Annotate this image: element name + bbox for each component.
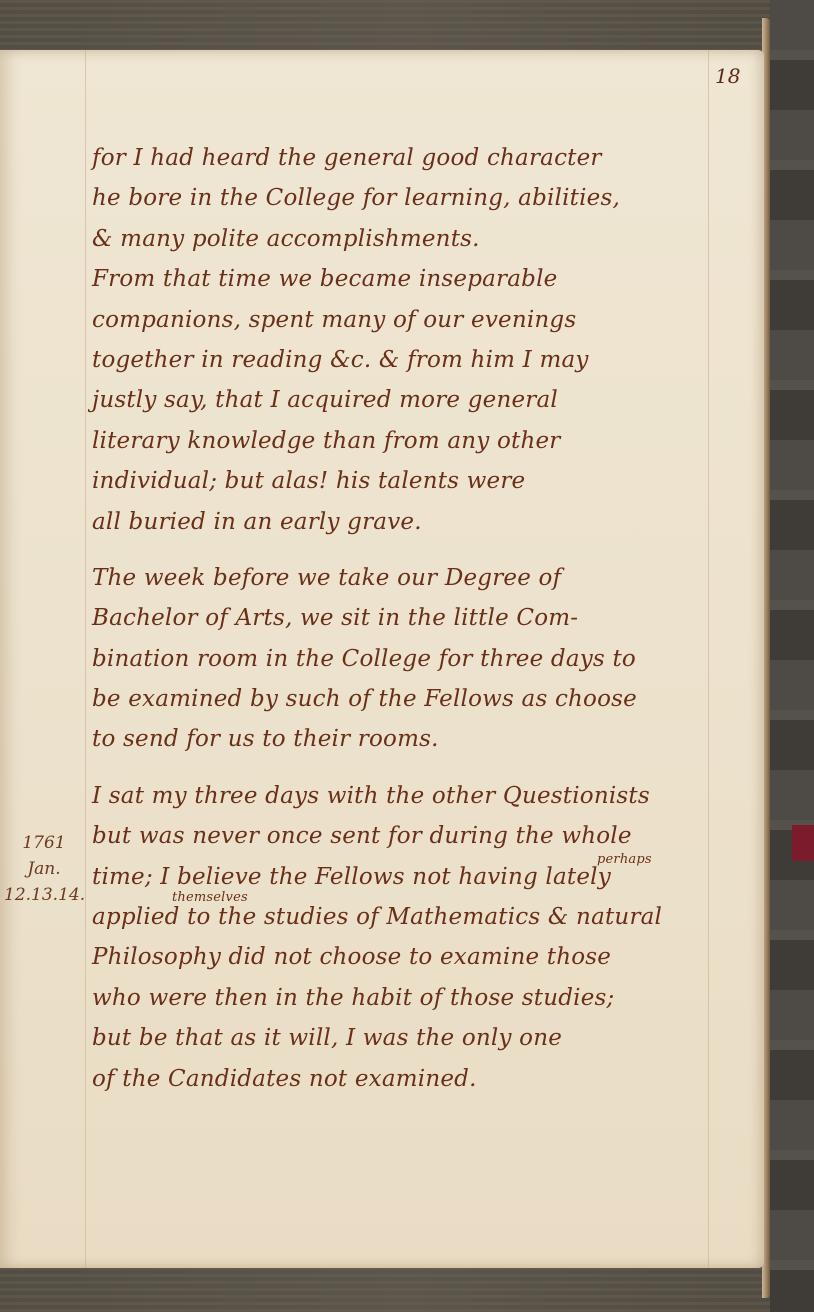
text-line: applied to the studies of Mathematics & … [92,897,712,937]
text-line: individual; but alas! his talents were [92,461,712,501]
bookmark-ribbon [792,825,814,861]
interlinear-insertion-themselves: themselves [172,891,248,904]
text-line: all buried in an early grave. [92,502,712,542]
text-line-content: time; I believe the Fellows not having l… [92,864,611,890]
manuscript-page: 18 1761 Jan. 12.13.14. for I had heard t… [0,50,764,1268]
text-line: literary knowledge than from any other [92,421,712,461]
text-line: together in reading &c. & from him I may [92,340,712,380]
text-line: of the Candidates not examined. [92,1059,712,1099]
text-line: for I had heard the general good charact… [92,138,712,178]
text-line: justly say, that I acquired more general [92,380,712,420]
text-line: but be that as it will, I was the only o… [92,1018,712,1058]
text-line: companions, spent many of our evenings [92,300,712,340]
text-line: to send for us to their rooms. [92,719,712,759]
marginalia-days: 12.13.14. [4,882,84,908]
text-line: who were then in the habit of those stud… [92,978,712,1018]
text-line: From that time we became inseparable [92,259,712,299]
left-margin-rule [85,50,86,1268]
text-line: The week before we take our Degree of [92,558,712,598]
date-marginalia: 1761 Jan. 12.13.14. [4,830,84,908]
text-line: bination room in the College for three d… [92,639,712,679]
background-texture [770,0,814,1312]
marginalia-year: 1761 [4,830,84,856]
page-number: 18 [715,64,740,88]
text-line: & many polite accomplishments. [92,219,712,259]
text-line: Philosophy did not choose to examine tho… [92,937,712,977]
interlinear-insertion-perhaps: perhaps [597,853,652,866]
text-line-content: applied to the studies of Mathematics & … [92,904,662,930]
text-line: he bore in the College for learning, abi… [92,178,712,218]
text-line: I sat my three days with the other Quest… [92,776,712,816]
text-line: but was never once sent for during the w… [92,816,712,856]
text-line: Bachelor of Arts, we sit in the little C… [92,598,712,638]
handwritten-text: for I had heard the general good charact… [92,138,712,1099]
text-line: be examined by such of the Fellows as ch… [92,679,712,719]
marginalia-month: Jan. [4,856,84,882]
